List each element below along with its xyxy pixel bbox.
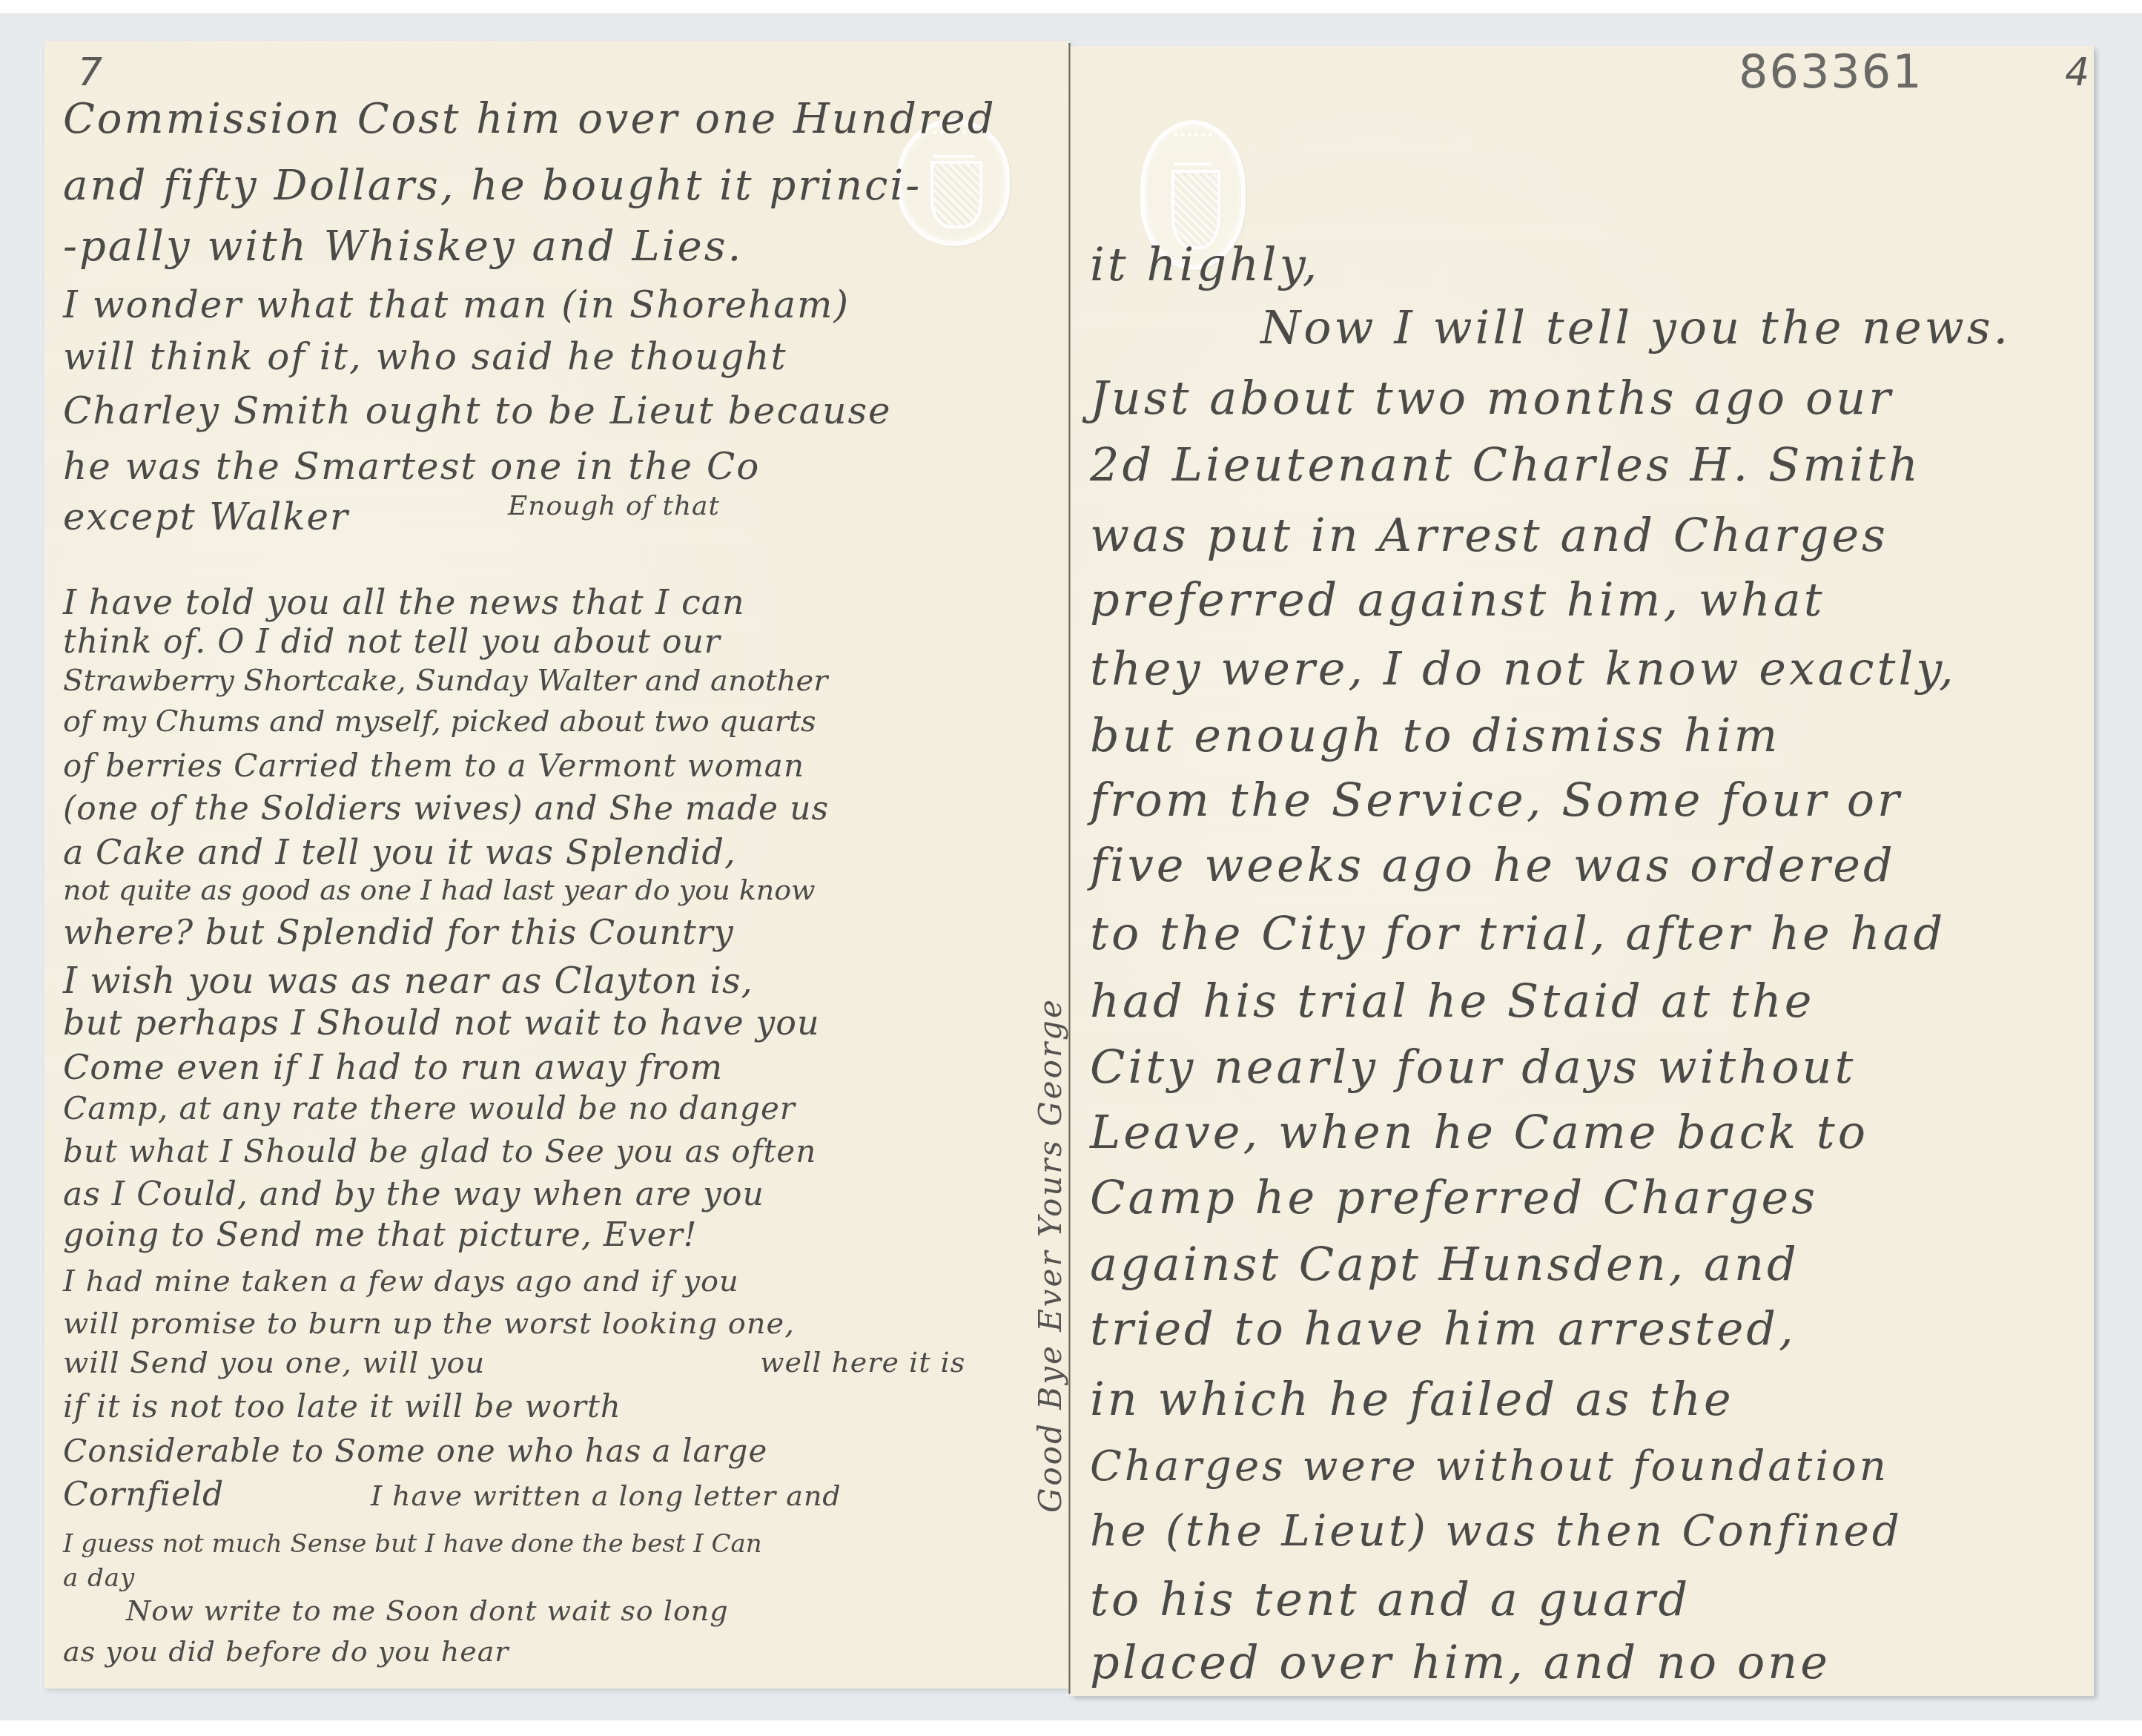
letter-line: where? but Splendid for this Country: [63, 912, 734, 952]
letter-line: Commission Cost him over one Hundred: [63, 95, 996, 143]
inline-note-long-letter: I have written a long letter and: [371, 1479, 842, 1512]
right-page-number: 4: [2065, 50, 2089, 95]
letter-line: going to Send me that picture, Ever!: [63, 1216, 697, 1254]
letter-line: if it is not too late it will be worth: [63, 1388, 621, 1425]
letter-line: he (the Lieut) was then Confined: [1090, 1505, 1903, 1556]
letter-line: in which he failed as the: [1090, 1372, 1734, 1426]
letter-line: Just about two months ago our: [1090, 371, 1894, 425]
letter-line: will Send you one, will you: [63, 1346, 485, 1380]
letter-line: not quite as good as one I had last year…: [63, 874, 816, 906]
shield-emboss-icon: [930, 161, 982, 228]
letter-line: I wish you was as near as Clayton is,: [63, 960, 753, 1002]
letter-line: a day: [63, 1563, 135, 1593]
left-page-number: 7: [78, 50, 102, 95]
letter-line: will promise to burn up the worst lookin…: [63, 1307, 795, 1341]
letter-line: a Cake and I tell you it was Splendid,: [63, 832, 736, 872]
letter-line: Camp, at any rate there would be no dang…: [63, 1090, 796, 1126]
margin-note-signature: Good Bye Ever Yours George: [1032, 997, 1068, 1513]
letter-line: except Walker: [63, 495, 349, 538]
letter-line: 2d Lieutenant Charles H. Smith: [1090, 438, 1921, 492]
crown-emboss-icon: [1174, 133, 1212, 165]
letter-line: had his trial he Staid at the: [1090, 974, 1815, 1028]
letter-line: but what I Should be glad to See you as …: [63, 1133, 816, 1169]
letter-line: they were, I do not know exactly,: [1090, 641, 1957, 696]
page-fold-line: [1068, 43, 1071, 1694]
letter-line: I wonder what that man (in Shoreham): [63, 283, 850, 326]
inline-note-enough-of-that: Enough of that: [508, 491, 720, 521]
letter-line: was put in Arrest and Charges: [1090, 508, 1888, 562]
letter-line: City nearly four days without: [1090, 1040, 1856, 1094]
letter-line: Now write to me Soon dont wait so long: [126, 1594, 729, 1627]
letter-line: of berries Carried them to a Vermont wom…: [63, 747, 804, 784]
letter-line: Leave, when he Came back to: [1090, 1105, 1868, 1159]
letter-line: will think of it, who said he thought: [63, 335, 787, 378]
catalog-number: 863361: [1739, 44, 1923, 99]
letter-line: from the Service, Some four or: [1090, 773, 1903, 827]
letter-line: placed over him, and no one: [1090, 1635, 1831, 1689]
letter-line: against Capt Hunsden, and: [1090, 1237, 1799, 1291]
letter-line: Now I will tell you the news.: [1260, 300, 2011, 354]
letter-line: five weeks ago he was ordered: [1090, 838, 1896, 892]
inline-note-well-here-it-is: well here it is: [760, 1346, 965, 1379]
letter-line: to the City for trial, after he had: [1090, 906, 1946, 960]
letter-line: as you did before do you hear: [63, 1635, 509, 1668]
letter-line: Charges were without foundation: [1090, 1442, 1889, 1491]
letter-line: he was the Smartest one in the Co: [63, 445, 760, 488]
letter-line: Cornfield: [63, 1476, 224, 1514]
letter-line: think of. O I did not tell you about our: [63, 623, 721, 661]
letter-line: of my Chums and myself, picked about two…: [63, 704, 816, 739]
letter-line: it highly,: [1090, 237, 1320, 291]
letter-line: and fifty Dollars, he bought it princi-: [63, 162, 922, 210]
letter-line: I have told you all the news that I can: [63, 582, 745, 622]
letter-line: Strawberry Shortcake, Sunday Walter and …: [63, 664, 827, 698]
letter-line: Camp he preferred Charges: [1090, 1170, 1818, 1224]
letter-line: Come even if I had to run away from: [63, 1047, 723, 1087]
letter-line: but perhaps I Should not wait to have yo…: [63, 1003, 820, 1043]
letter-line: I guess not much Sense but I have done t…: [63, 1529, 762, 1559]
letter-line: preferred against him, what: [1090, 572, 1825, 627]
letter-line: to his tent and a guard: [1090, 1572, 1690, 1626]
letter-line: but enough to dismiss him: [1090, 708, 1780, 762]
letter-line: Considerable to Some one who has a large: [63, 1433, 767, 1469]
letter-line: I had mine taken a few days ago and if y…: [63, 1264, 739, 1298]
letter-line: (one of the Soldiers wives) and She made…: [63, 790, 829, 828]
letter-line: -pally with Whiskey and Lies.: [63, 222, 743, 271]
letter-line: as I Could, and by the way when are you: [63, 1175, 764, 1213]
letter-line: tried to have him arrested,: [1090, 1301, 1796, 1356]
letter-line: Charley Smith ought to be Lieut because: [63, 389, 892, 432]
